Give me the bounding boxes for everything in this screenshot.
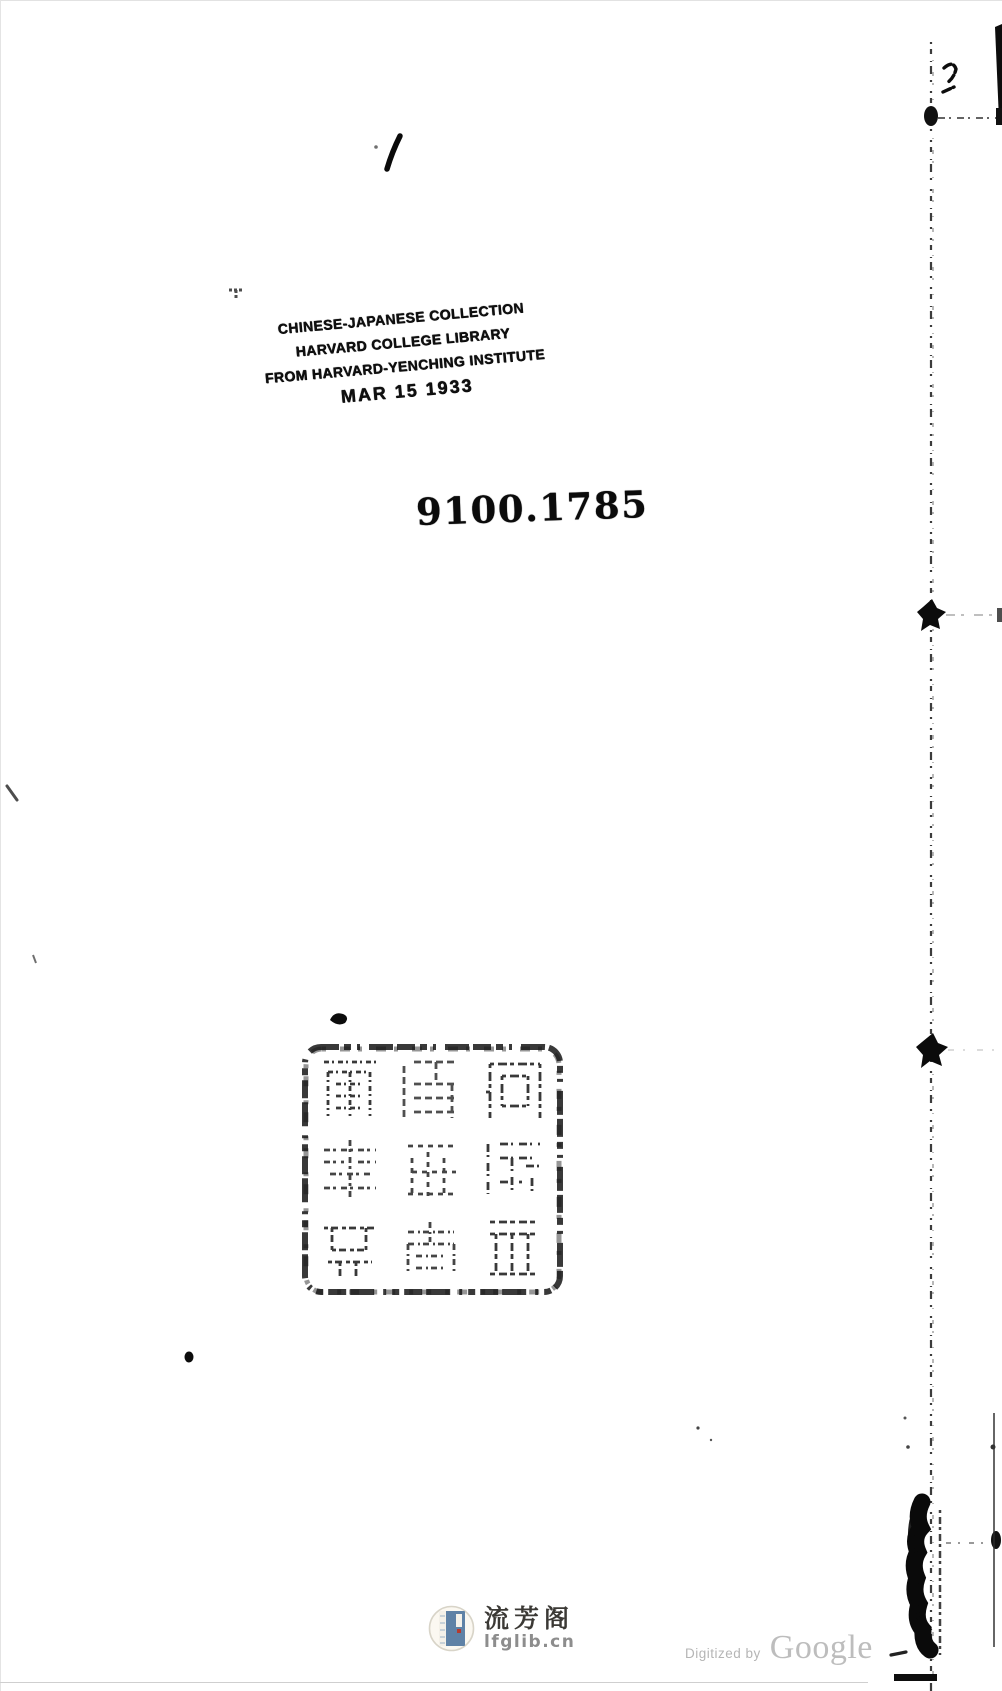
scan-edge-left — [0, 0, 1, 1691]
google-watermark: Digitized by Google — [685, 1629, 873, 1667]
library-stamp: CHINESE-JAPANESE COLLECTION HARVARD COLL… — [258, 294, 550, 417]
ink-dot-lower-left — [185, 1352, 194, 1363]
lfglib-site-url: lfglib.cn — [484, 1633, 575, 1652]
ink-tick-mark — [229, 290, 242, 299]
scanned-book-page: CHINESE-JAPANESE COLLECTION HARVARD COLL… — [0, 0, 1002, 1691]
ink-blob-above-seal — [330, 1013, 347, 1024]
binding-edge-artifacts — [0, 0, 1002, 1691]
google-logo-text: Google — [770, 1629, 873, 1667]
ink-slash-mark — [387, 136, 400, 169]
lfglib-watermark: 流芳阁 lfglib.cn — [428, 1604, 575, 1652]
lfglib-logo-icon — [428, 1605, 475, 1652]
call-number: 9100.1785 — [415, 482, 649, 534]
ink-hook-mark — [943, 64, 956, 92]
scan-edge-bottom — [0, 1682, 868, 1683]
digitized-by-label: Digitized by — [685, 1646, 761, 1661]
library-seal-stamp — [300, 1042, 565, 1297]
left-edge-speck — [7, 786, 17, 800]
lfglib-site-name: 流芳阁 — [484, 1604, 575, 1633]
page-edge-mark-top — [995, 24, 1002, 122]
scan-edge-top — [0, 0, 1002, 1]
